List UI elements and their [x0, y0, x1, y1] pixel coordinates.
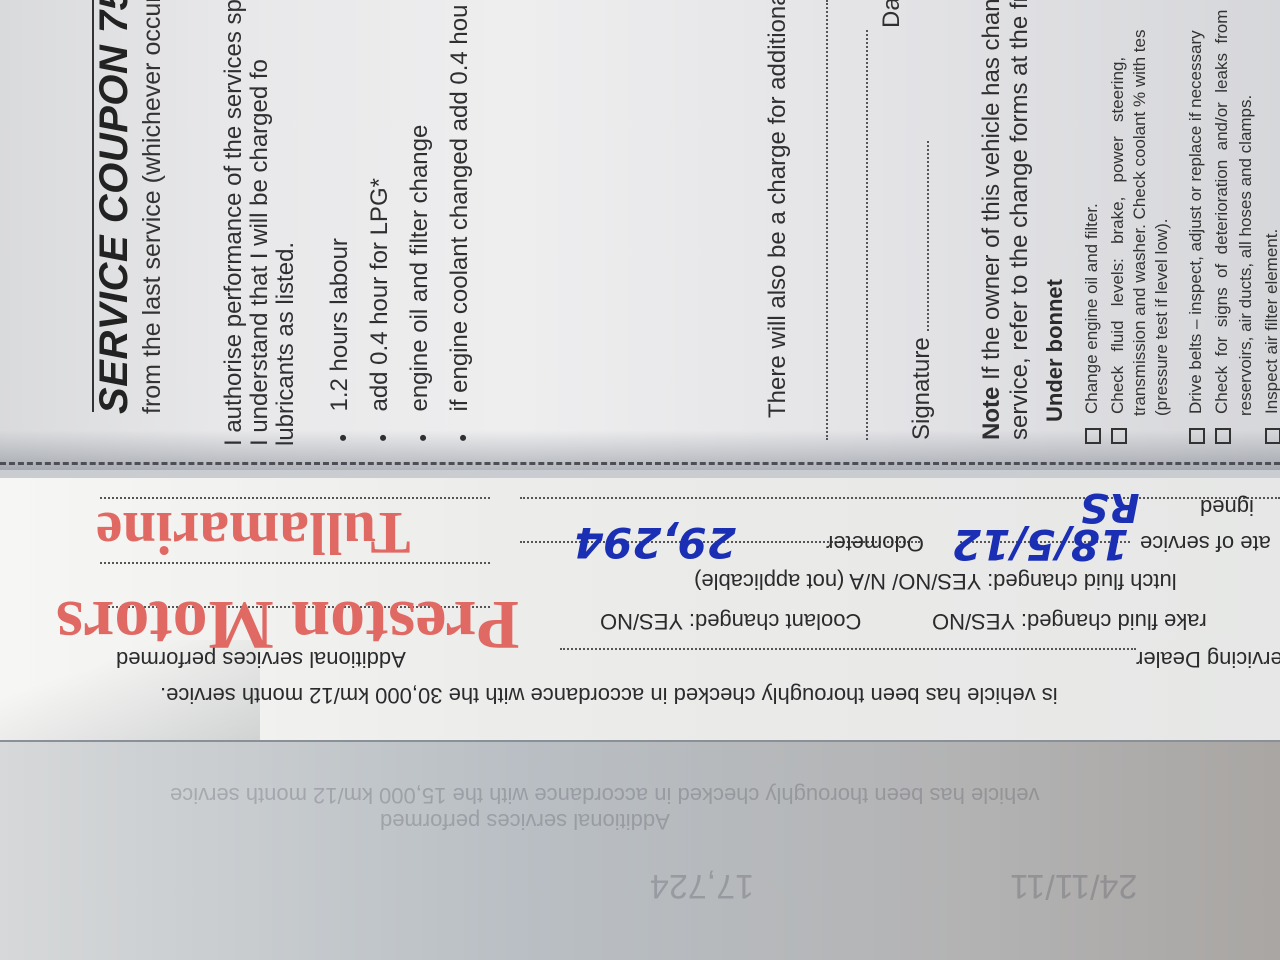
date-of-service-label: ate of service: [1140, 530, 1271, 556]
signed-line: [520, 497, 1280, 499]
coupon-subtitle: from the last service (whichever occurs: [138, 0, 167, 414]
signed-label: igned: [1200, 494, 1254, 520]
show-through-date: 24/11/11: [1010, 866, 1137, 905]
checklist-item-cont: reservoirs, air ducts, all hoses and cla…: [1236, 95, 1256, 416]
show-through-additional: Additional services performed: [380, 808, 670, 834]
underlying-page: [0, 742, 1280, 960]
authorise-line-3: lubricants as listed.: [272, 242, 300, 446]
dealer-stamp-name: Preston Motors: [56, 584, 519, 664]
checkbox[interactable]: [1085, 428, 1101, 444]
authorise-line-1: I authorise performance of the services …: [220, 0, 248, 446]
checkbox[interactable]: [1111, 428, 1127, 444]
charge-item: ●1.2 hours labour: [326, 238, 354, 442]
additional-charge-text: There will also be a charge for addition…: [764, 0, 792, 418]
coupon-title: SERVICE COUPON 75,000 k: [92, 0, 137, 414]
dealer-line: [560, 648, 1136, 650]
under-bonnet-heading: Under bonnet: [1042, 279, 1068, 422]
checklist-item: Change engine oil and filter.: [1082, 203, 1102, 444]
odometer-label: Odometer: [826, 530, 924, 556]
charge-item: ●add 0.4 hour for LPG*: [366, 178, 394, 442]
brake-fluid-label: rake fluid changed: YES/NO: [932, 608, 1207, 634]
handwritten-odometer: 29,294: [574, 518, 736, 567]
show-through-odometer: 17,724: [650, 866, 754, 905]
checkbox[interactable]: [1265, 428, 1280, 444]
servicing-dealer-label: ervicing Dealer: [1136, 646, 1280, 672]
checklist-item: Check for signs of deterioration and/or …: [1212, 10, 1232, 444]
checklist-item-cont: transmission and washer. Check coolant %…: [1130, 30, 1150, 416]
checkbox[interactable]: [1189, 428, 1205, 444]
blank-line: [826, 0, 828, 440]
show-through-statement: vehicle has been thoroughly checked in a…: [170, 782, 1040, 808]
checkbox[interactable]: [1215, 428, 1231, 444]
coolant-label: Coolant changed: YES/NO: [600, 608, 861, 634]
blank-line: [866, 30, 868, 440]
charge-item: ●if engine coolant changed add 0.4 hou: [446, 5, 474, 442]
checklist-item: Inspect air filter element.: [1262, 229, 1280, 444]
dealer-stamp-location: Tullamarine: [96, 498, 411, 567]
checklist-item: Check fluid levels: brake, power steerin…: [1108, 57, 1128, 444]
perforation-line: [0, 462, 1280, 465]
charge-item: ●engine oil and filter change: [406, 125, 434, 442]
note-line-1: Note If the owner of this vehicle has ch…: [978, 0, 1006, 440]
note-line-2: service, refer to the change forms at th…: [1006, 0, 1034, 440]
authorise-line-2: I understand that I will be charged fo: [246, 59, 274, 446]
handwritten-date: 18/5/12: [952, 520, 1129, 569]
date-label: Da: [878, 0, 906, 28]
checklist-item-cont: (pressure test if level low).: [1152, 219, 1172, 416]
signature-label: Signature: [908, 141, 936, 440]
clutch-fluid-label: lutch fluid changed: YES/NO/ N/A (not ap…: [694, 568, 1177, 594]
service-statement: is vehicle has been thoroughly checked i…: [160, 682, 1058, 708]
checklist-item: Drive belts – inspect, adjust or replace…: [1186, 30, 1206, 444]
